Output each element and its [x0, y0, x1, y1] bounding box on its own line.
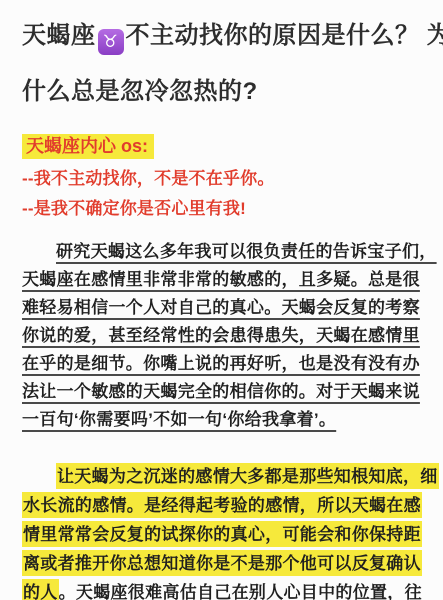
- analysis-line-3: 难轻易相信一个人对自己的真心。天蝎会反复的考察: [22, 294, 421, 322]
- analysis-line-2: 天蝎座在感情里非常非常的敏感的，且多疑。总是很: [22, 266, 421, 294]
- highlight-line-4: 离或者推开你总想知道你是不是那个他可以反复确认: [22, 549, 421, 578]
- os-heading-label: 天蝎座内心 os:: [22, 134, 154, 159]
- analysis-line-5: 在乎的是细节。你嘴上说的再好听，也是没有没有办: [22, 350, 421, 378]
- highlight-line-5: 的人。天蝎座很难高估自己在别人心目中的位置，往: [22, 578, 421, 600]
- highlight-line-2: 水长流的感情。是经得起考验的感情，所以天蝎在感: [22, 491, 421, 520]
- highlight-line-5-marked: 的人: [22, 579, 59, 600]
- taurus-zodiac-emoji-icon: ♉: [98, 29, 124, 55]
- highlight-line-5-plain: 。天蝎座很难高估自己在别人心目中的位置，往: [59, 583, 422, 600]
- article-page: 天蝎座♉不主动找你的原因是什么？ 为 什么总是忽冷忽热的? 天蝎座内心 os: …: [0, 0, 443, 600]
- analysis-line-6: 法让一个敏感的天蝎完全的相信你的。对于天蝎来说: [22, 378, 421, 406]
- analysis-paragraph: 研究天蝎这么多年我可以很负责任的告诉宝子们， 天蝎座在感情里非常非常的敏感的，且…: [22, 238, 421, 434]
- os-line-1: --我不主动找你，不是不在乎你。: [22, 164, 421, 194]
- highlight-paragraph: 让天蝎为之沉迷的感情大多都是那些知根知底，细 水长流的感情。是经得起考验的感情，…: [22, 462, 421, 600]
- os-line-2: --是我不确定你是否心里有我!: [22, 194, 421, 224]
- highlight-line-1: 让天蝎为之沉迷的感情大多都是那些知根知底，细: [22, 462, 421, 491]
- page-title: 天蝎座♉不主动找你的原因是什么？ 为 什么总是忽冷忽热的?: [22, 8, 421, 120]
- title-line-1: 天蝎座♉不主动找你的原因是什么？ 为: [22, 8, 421, 64]
- title-prefix: 天蝎座: [22, 22, 96, 49]
- os-heading: 天蝎座内心 os:: [22, 134, 421, 160]
- analysis-line-4: 你说的爱，甚至经常性的会患得患失，天蝎在感情里: [22, 322, 421, 350]
- highlight-line-3: 情里常常会反复的试探你的真心，可能会和你保持距: [22, 520, 421, 549]
- title-line-1-rest: 不主动找你的原因是什么？ 为: [126, 22, 443, 49]
- analysis-line-1: 研究天蝎这么多年我可以很负责任的告诉宝子们，: [22, 238, 421, 266]
- os-lines: --我不主动找你，不是不在乎你。 --是我不确定你是否心里有我!: [22, 164, 421, 224]
- title-line-2: 什么总是忽冷忽热的?: [22, 64, 421, 120]
- analysis-line-7: 一百句‘你需要吗’不如一句‘你给我拿着’。: [22, 406, 421, 434]
